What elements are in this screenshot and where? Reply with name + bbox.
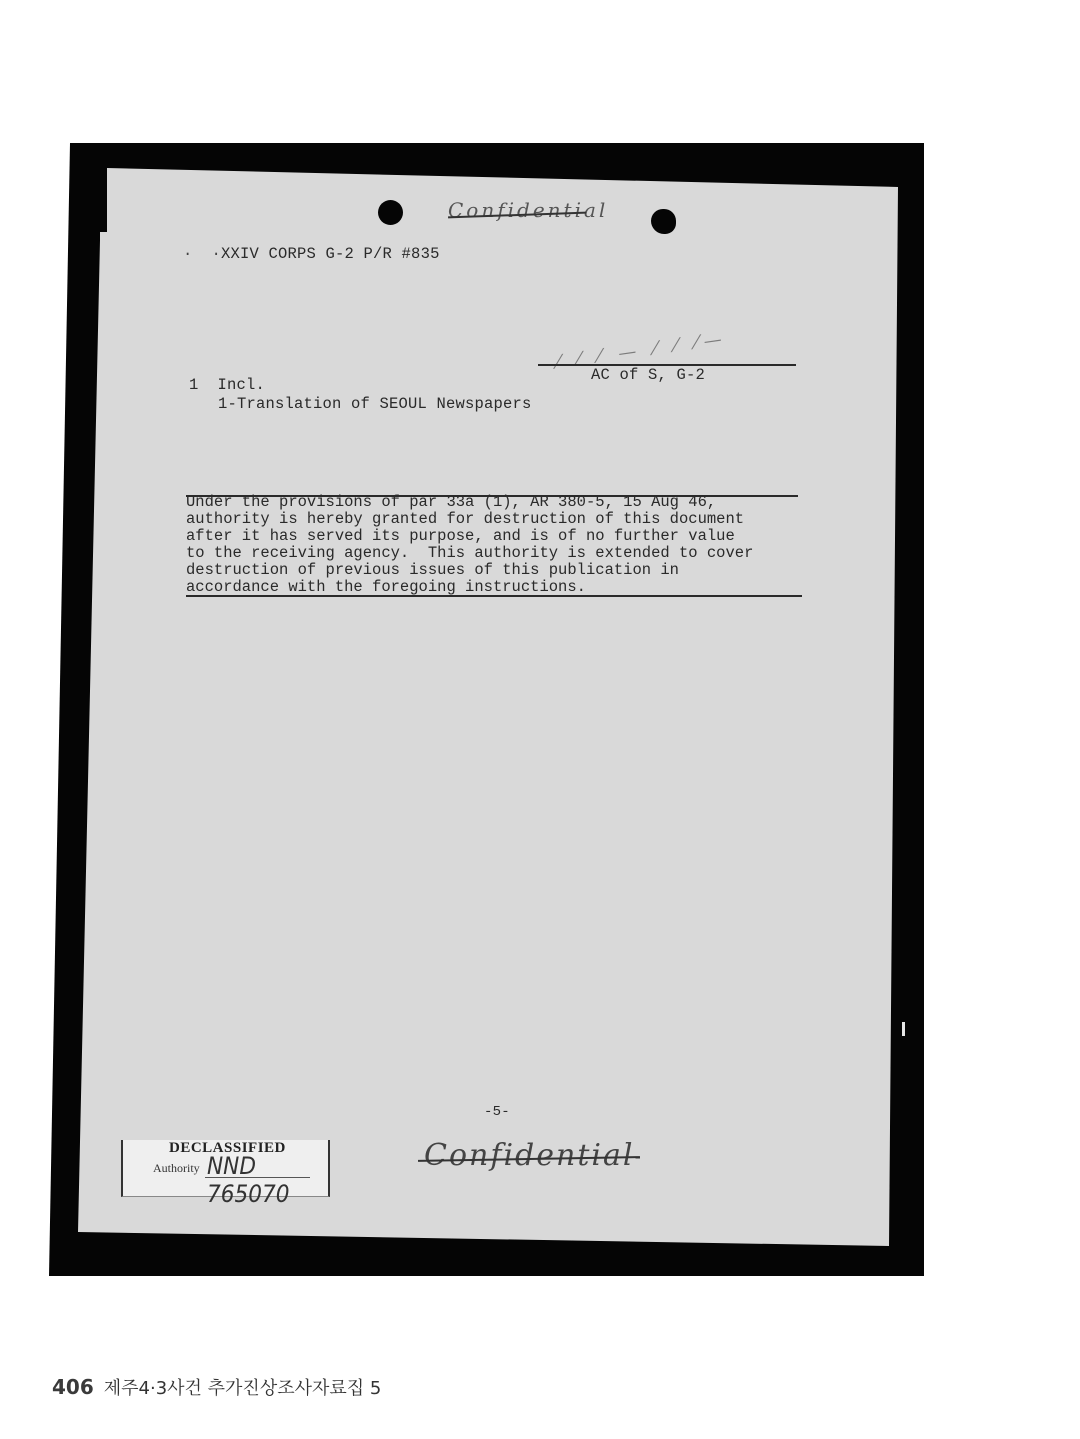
header-handwriting: Confidential — [448, 198, 608, 222]
inclosure-item: 1-Translation of SEOUL Newspapers — [218, 396, 532, 413]
notice-line: authority is hereby granted for destruct… — [186, 511, 753, 528]
stamp-authority-value: NND 765070 — [207, 1152, 316, 1208]
declassified-stamp: DECLASSIFIED Authority NND 765070 — [121, 1140, 330, 1197]
signature-title: AC of S, G-2 — [591, 367, 705, 384]
stamp-authority-label: Authority — [153, 1161, 200, 1176]
notice-line: Under the provisions of par 33a (1), AR … — [186, 494, 753, 511]
scan-artifact — [902, 1022, 905, 1036]
notice-line: destruction of previous issues of this p… — [186, 562, 753, 579]
footer-handwriting: Confidential — [424, 1138, 634, 1173]
page-marker: -5- — [484, 1104, 510, 1121]
punch-hole-left — [378, 200, 403, 225]
book-title: 제주4·3사건 추가진상조사자료집 5 — [104, 1374, 382, 1400]
stamp-underline — [205, 1177, 310, 1178]
notice-line: accordance with the foregoing instructio… — [186, 579, 753, 596]
destruction-notice: Under the provisions of par 33a (1), AR … — [186, 494, 753, 596]
page-footer: 406 제주4·3사건 추가진상조사자료집 5 — [52, 1374, 381, 1400]
page-number: 406 — [52, 1375, 94, 1399]
document-header-text: XXIV CORPS G-2 P/R #835 — [221, 245, 440, 263]
notice-line: to the receiving agency. This authority … — [186, 545, 753, 562]
notice-line: after it has served its purpose, and is … — [186, 528, 753, 545]
inclosure-count: 1 Incl. — [189, 377, 265, 394]
document-header: · ·XXIV CORPS G-2 P/R #835 — [164, 229, 440, 263]
punch-hole-right — [651, 209, 676, 234]
notice-bottom-rule — [186, 595, 802, 597]
